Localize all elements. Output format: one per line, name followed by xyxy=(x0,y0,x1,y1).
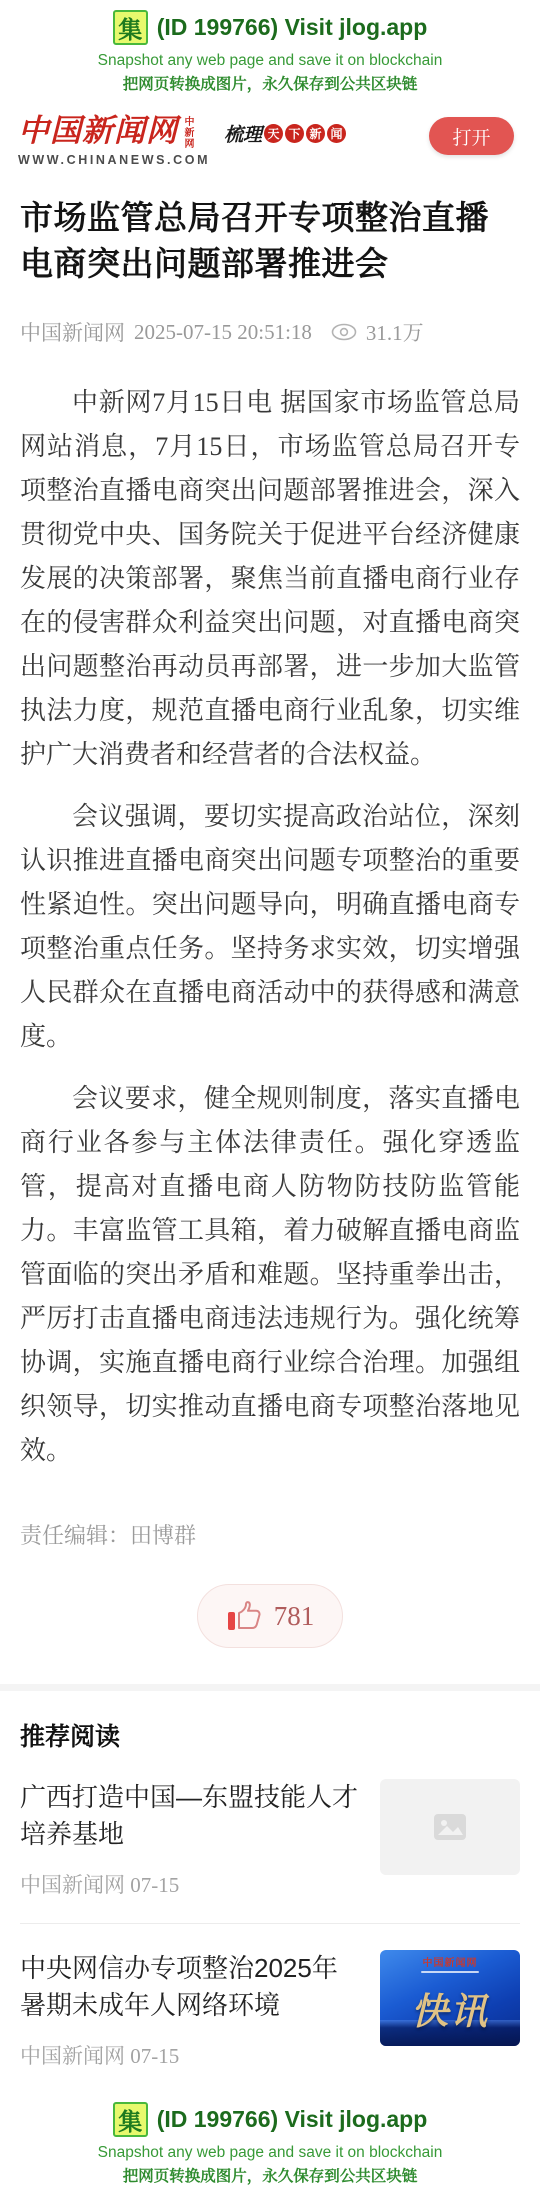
views-count: 31.1万 xyxy=(366,317,424,347)
slogan-char: 下 xyxy=(285,124,304,143)
jlog-logo-icon: 集 xyxy=(113,10,148,45)
chinanews-url: WWW.CHINANEWS.COM xyxy=(18,153,346,167)
recommend-item-meta: 中国新闻网 07-15 xyxy=(20,2040,362,2070)
recommend-item-source: 中国新闻网 xyxy=(20,1873,125,1897)
slogan-prefix: 梳理 xyxy=(224,120,262,147)
site-header: 中国新闻网 中新网 梳理 天 下 新 闻 WWW.CHINANEWS.COM 打… xyxy=(0,102,540,173)
slogan-char: 新 xyxy=(306,124,325,143)
recommend-item-date: 07-15 xyxy=(130,1873,179,1897)
jlog-logo-icon: 集 xyxy=(113,2102,148,2137)
chinanews-slogan: 梳理 天 下 新 闻 xyxy=(224,120,346,147)
article: 市场监管总局召开专项整治直播电商突出问题部署推进会 中国新闻网 2025-07-… xyxy=(0,195,540,1648)
chinanews-logo-text: 中国新闻网 xyxy=(18,114,178,148)
article-meta: 中国新闻网 2025-07-15 20:51:18 31.1万 xyxy=(20,317,520,347)
article-body: 中新网7月15日电 据国家市场监管总局网站消息，7月15日，市场监管总局召开专项… xyxy=(20,381,520,1473)
recommend-item[interactable]: 中央网信办专项整治2025年暑期未成年人网络环境 中国新闻网 07-15 中国新… xyxy=(20,1950,520,2070)
thumb-chinanews-logo: 中国新闻网 xyxy=(423,1958,478,1969)
jlog-banner-subtitle-en: Snapshot any web page and save it on blo… xyxy=(0,2144,540,2162)
recommend-thumbnail-placeholder[interactable] xyxy=(380,1779,520,1875)
recommend-section: 推荐阅读 广西打造中国—东盟技能人才培养基地 中国新闻网 07-15 中央网信办… xyxy=(0,1691,540,2074)
jlog-banner-bottom[interactable]: 集 (ID 199766) Visit jlog.app Snapshot an… xyxy=(0,2092,540,2202)
recommend-item-meta: 中国新闻网 07-15 xyxy=(20,1869,362,1899)
slogan-char: 天 xyxy=(264,124,283,143)
jlog-banner-subtitle-zh: 把网页转换成图片，永久保存到公共区块链 xyxy=(0,2164,540,2186)
jlog-banner-link[interactable]: (ID 199766) Visit jlog.app xyxy=(157,14,428,41)
article-timestamp: 2025-07-15 20:51:18 xyxy=(134,320,312,345)
chinanews-logo[interactable]: 中国新闻网 中新网 梳理 天 下 新 闻 WWW.CHINANEWS.COM xyxy=(18,114,346,167)
recommend-divider xyxy=(20,1923,520,1924)
like-count: 781 xyxy=(274,1601,315,1632)
thumb-newsflash-text: 快讯 xyxy=(411,1981,489,2035)
article-paragraph: 会议要求，健全规则制度，落实直播电商行业各参与主体法律责任。强化穿透监管，提高对… xyxy=(20,1077,520,1473)
slogan-char: 闻 xyxy=(327,124,346,143)
recommend-thumbnail-newsflash[interactable]: 中国新闻网 快讯 xyxy=(380,1950,520,2046)
thumbs-up-icon xyxy=(226,1599,262,1633)
article-paragraph: 中新网7月15日电 据国家市场监管总局网站消息，7月15日，市场监管总局召开专项… xyxy=(20,381,520,777)
recommend-item-title[interactable]: 中央网信办专项整治2025年暑期未成年人网络环境 xyxy=(20,1950,362,2024)
recommend-item-source: 中国新闻网 xyxy=(20,2044,125,2068)
section-divider-band xyxy=(0,1684,540,1691)
recommend-item[interactable]: 广西打造中国—东盟技能人才培养基地 中国新闻网 07-15 xyxy=(20,1779,520,1899)
jlog-banner-subtitle-en: Snapshot any web page and save it on blo… xyxy=(0,52,540,70)
article-paragraph: 会议强调，要切实提高政治站位，深刻认识推进直播电商突出问题专项整治的重要性紧迫性… xyxy=(20,795,520,1059)
jlog-banner-link[interactable]: (ID 199766) Visit jlog.app xyxy=(157,2106,428,2133)
recommend-header: 推荐阅读 xyxy=(20,1717,520,1753)
thumb-logo-underline xyxy=(421,1971,479,1973)
like-button[interactable]: 781 xyxy=(197,1584,344,1648)
article-title: 市场监管总局召开专项整治直播电商突出问题部署推进会 xyxy=(20,195,520,287)
jlog-banner-subtitle-zh: 把网页转换成图片，永久保存到公共区块链 xyxy=(0,72,540,94)
views-eye-icon xyxy=(331,323,357,341)
recommend-item-date: 07-15 xyxy=(130,2044,179,2068)
editor-credit: 责任编辑：田博群 xyxy=(20,1519,520,1550)
open-app-button[interactable]: 打开 xyxy=(429,117,514,155)
article-source: 中国新闻网 xyxy=(20,317,125,347)
jlog-banner-top[interactable]: 集 (ID 199766) Visit jlog.app Snapshot an… xyxy=(0,0,540,102)
recommend-item-title[interactable]: 广西打造中国—东盟技能人才培养基地 xyxy=(20,1779,362,1853)
chinanews-logo-sub: 中新网 xyxy=(182,116,192,150)
image-placeholder-icon xyxy=(433,1813,467,1841)
